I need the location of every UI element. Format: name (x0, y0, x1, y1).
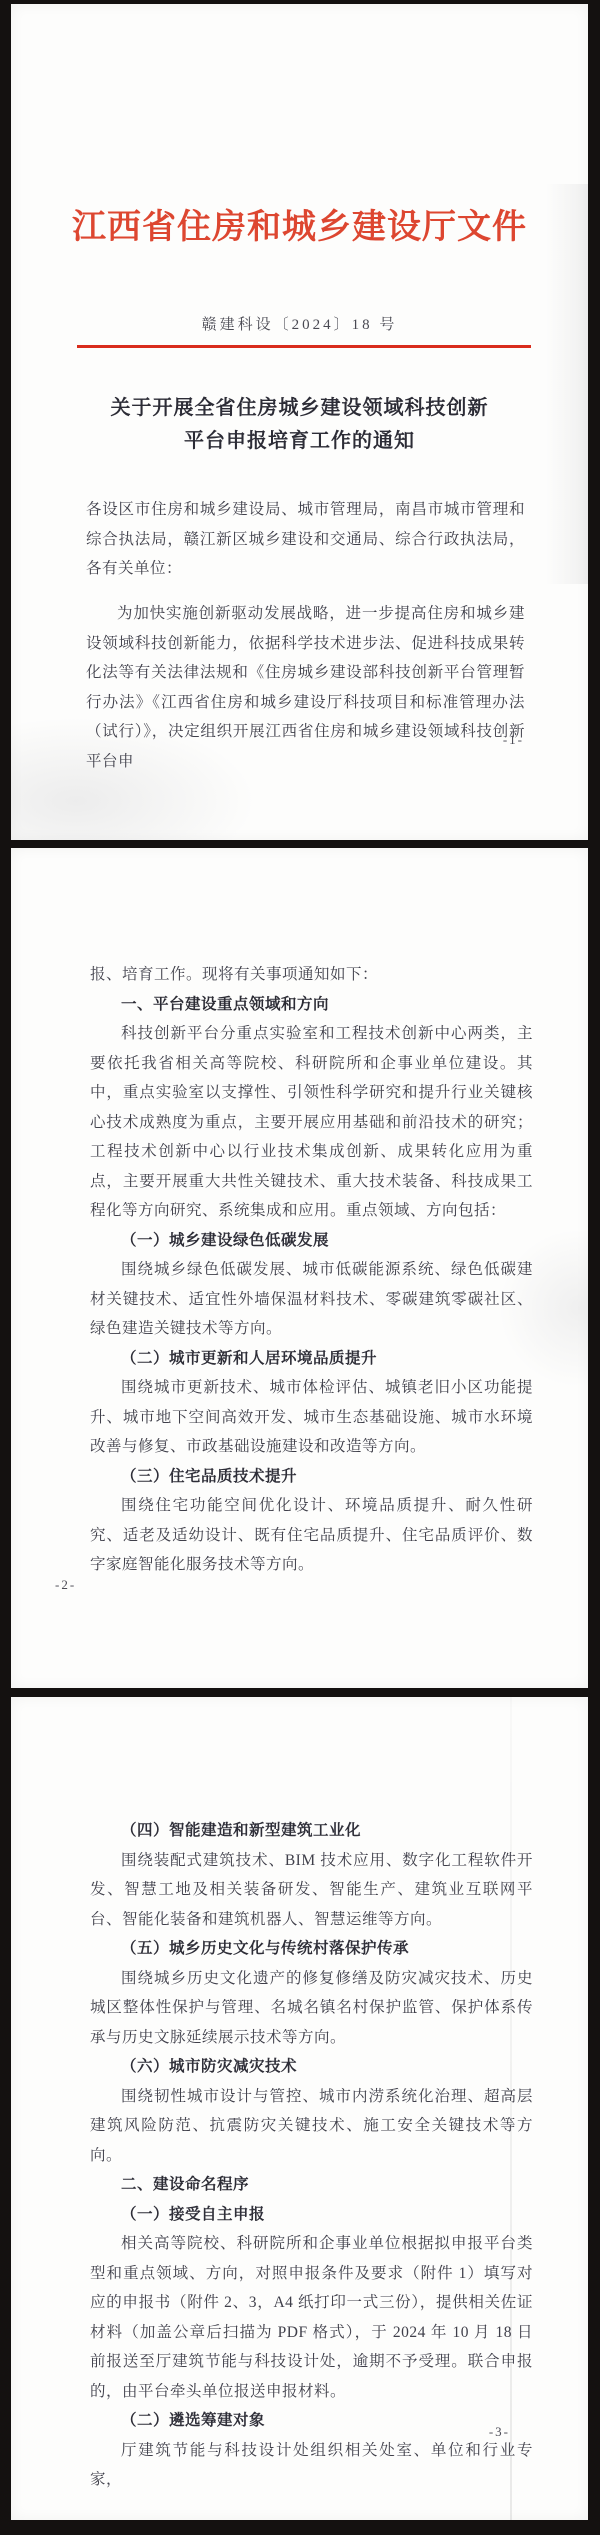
page3-body: （四）智能建造和新型建筑工业化 围绕装配式建筑技术、BIM 技术应用、数字化工程… (11, 1697, 588, 2495)
subsection-heading-1-3: （三）住宅品质技术提升 (90, 1462, 533, 1492)
selection-paragraph: 厅建筑节能与科技设计处组织相关处室、单位和行业专家， (90, 2436, 533, 2495)
intro-paragraph: 为加快实施创新驱动发展战略，进一步提高住房和城乡建设领域科技创新能力，依据科学技… (86, 599, 525, 776)
application-procedure-paragraph: 相关高等院校、科研院所和企事业单位根据拟申报平台类型和重点领域、方向，对照申报条… (90, 2229, 533, 2406)
subsection-heading-2-2: （二）遴选筹建对象 (90, 2406, 533, 2436)
housing-quality-paragraph: 围绕住宅功能空间优化设计、环境品质提升、耐久性研究、适老及适幼设计、既有住宅品质… (90, 1491, 533, 1580)
issuing-agency-letterhead: 江西省住房和城乡建设厅文件 (11, 200, 588, 256)
subsection-heading-1-1: （一）城乡建设绿色低碳发展 (90, 1226, 533, 1256)
intelligent-construction-paragraph: 围绕装配式建筑技术、BIM 技术应用、数字化工程软件开发、智慧工地及相关装备研发… (90, 1846, 533, 1935)
page-number-3: -3- (489, 2424, 510, 2440)
page2-body: 报、培育工作。现将有关事项通知如下： 一、平台建设重点领域和方向 科技创新平台分… (11, 848, 588, 1580)
subsection-heading-1-6: （六）城市防灾减灾技术 (90, 2052, 533, 2082)
document-title-line1: 关于开展全省住房城乡建设领域科技创新 (11, 392, 588, 425)
subsection-heading-2-1: （一）接受自主申报 (90, 2200, 533, 2230)
scanned-document-photo: 江西省住房和城乡建设厅文件 赣建科设〔2024〕18 号 关于开展全省住房城乡建… (0, 0, 600, 2535)
document-page-2: 报、培育工作。现将有关事项通知如下： 一、平台建设重点领域和方向 科技创新平台分… (11, 848, 588, 1688)
document-number: 赣建科设〔2024〕18 号 (11, 314, 588, 336)
document-page-3: （四）智能建造和新型建筑工业化 围绕装配式建筑技术、BIM 技术应用、数字化工程… (11, 1697, 588, 2520)
green-lowcarbon-paragraph: 围绕城乡绿色低碳发展、城市低碳能源系统、绿色低碳建材关键技术、适宜性外墙保温材料… (90, 1255, 533, 1344)
recipients-paragraph: 各设区市住房和城乡建设局、城市管理局，南昌市城市管理和综合执法局，赣江新区城乡建… (86, 495, 525, 584)
document-title: 关于开展全省住房城乡建设领域科技创新 平台申报培育工作的通知 (11, 392, 588, 458)
section-heading-2: 二、建设命名程序 (90, 2170, 533, 2200)
platform-types-paragraph: 科技创新平台分重点实验室和工程技术创新中心两类，主要依托我省相关高等院校、科研院… (90, 1019, 533, 1226)
heritage-protection-paragraph: 围绕城乡历史文化遗产的修复修缮及防灾减灾技术、历史城区整体性保护与管理、名城名镇… (90, 1964, 533, 2053)
disaster-prevention-paragraph: 围绕韧性城市设计与管控、城市内涝系统化治理、超高层建筑风险防范、抗震防灾关键技术… (90, 2082, 533, 2171)
continued-paragraph: 报、培育工作。现将有关事项通知如下： (90, 960, 533, 990)
subsection-heading-1-4: （四）智能建造和新型建筑工业化 (90, 1816, 533, 1846)
subsection-heading-1-5: （五）城乡历史文化与传统村落保护传承 (90, 1934, 533, 1964)
section-heading-1: 一、平台建设重点领域和方向 (90, 990, 533, 1020)
urban-renewal-paragraph: 围绕城市更新技术、城市体检评估、城镇老旧小区功能提升、城市地下空间高效开发、城市… (90, 1373, 533, 1462)
document-page-1: 江西省住房和城乡建设厅文件 赣建科设〔2024〕18 号 关于开展全省住房城乡建… (11, 4, 588, 840)
page1-body: 各设区市住房和城乡建设局、城市管理局，南昌市城市管理和综合执法局，赣江新区城乡建… (11, 495, 588, 776)
letterhead-divider-rule (77, 345, 531, 348)
subsection-heading-1-2: （二）城市更新和人居环境品质提升 (90, 1344, 533, 1374)
page-number-1: -1- (503, 732, 524, 748)
page-number-2: -2- (55, 1577, 76, 1593)
document-title-line2: 平台申报培育工作的通知 (11, 425, 588, 458)
